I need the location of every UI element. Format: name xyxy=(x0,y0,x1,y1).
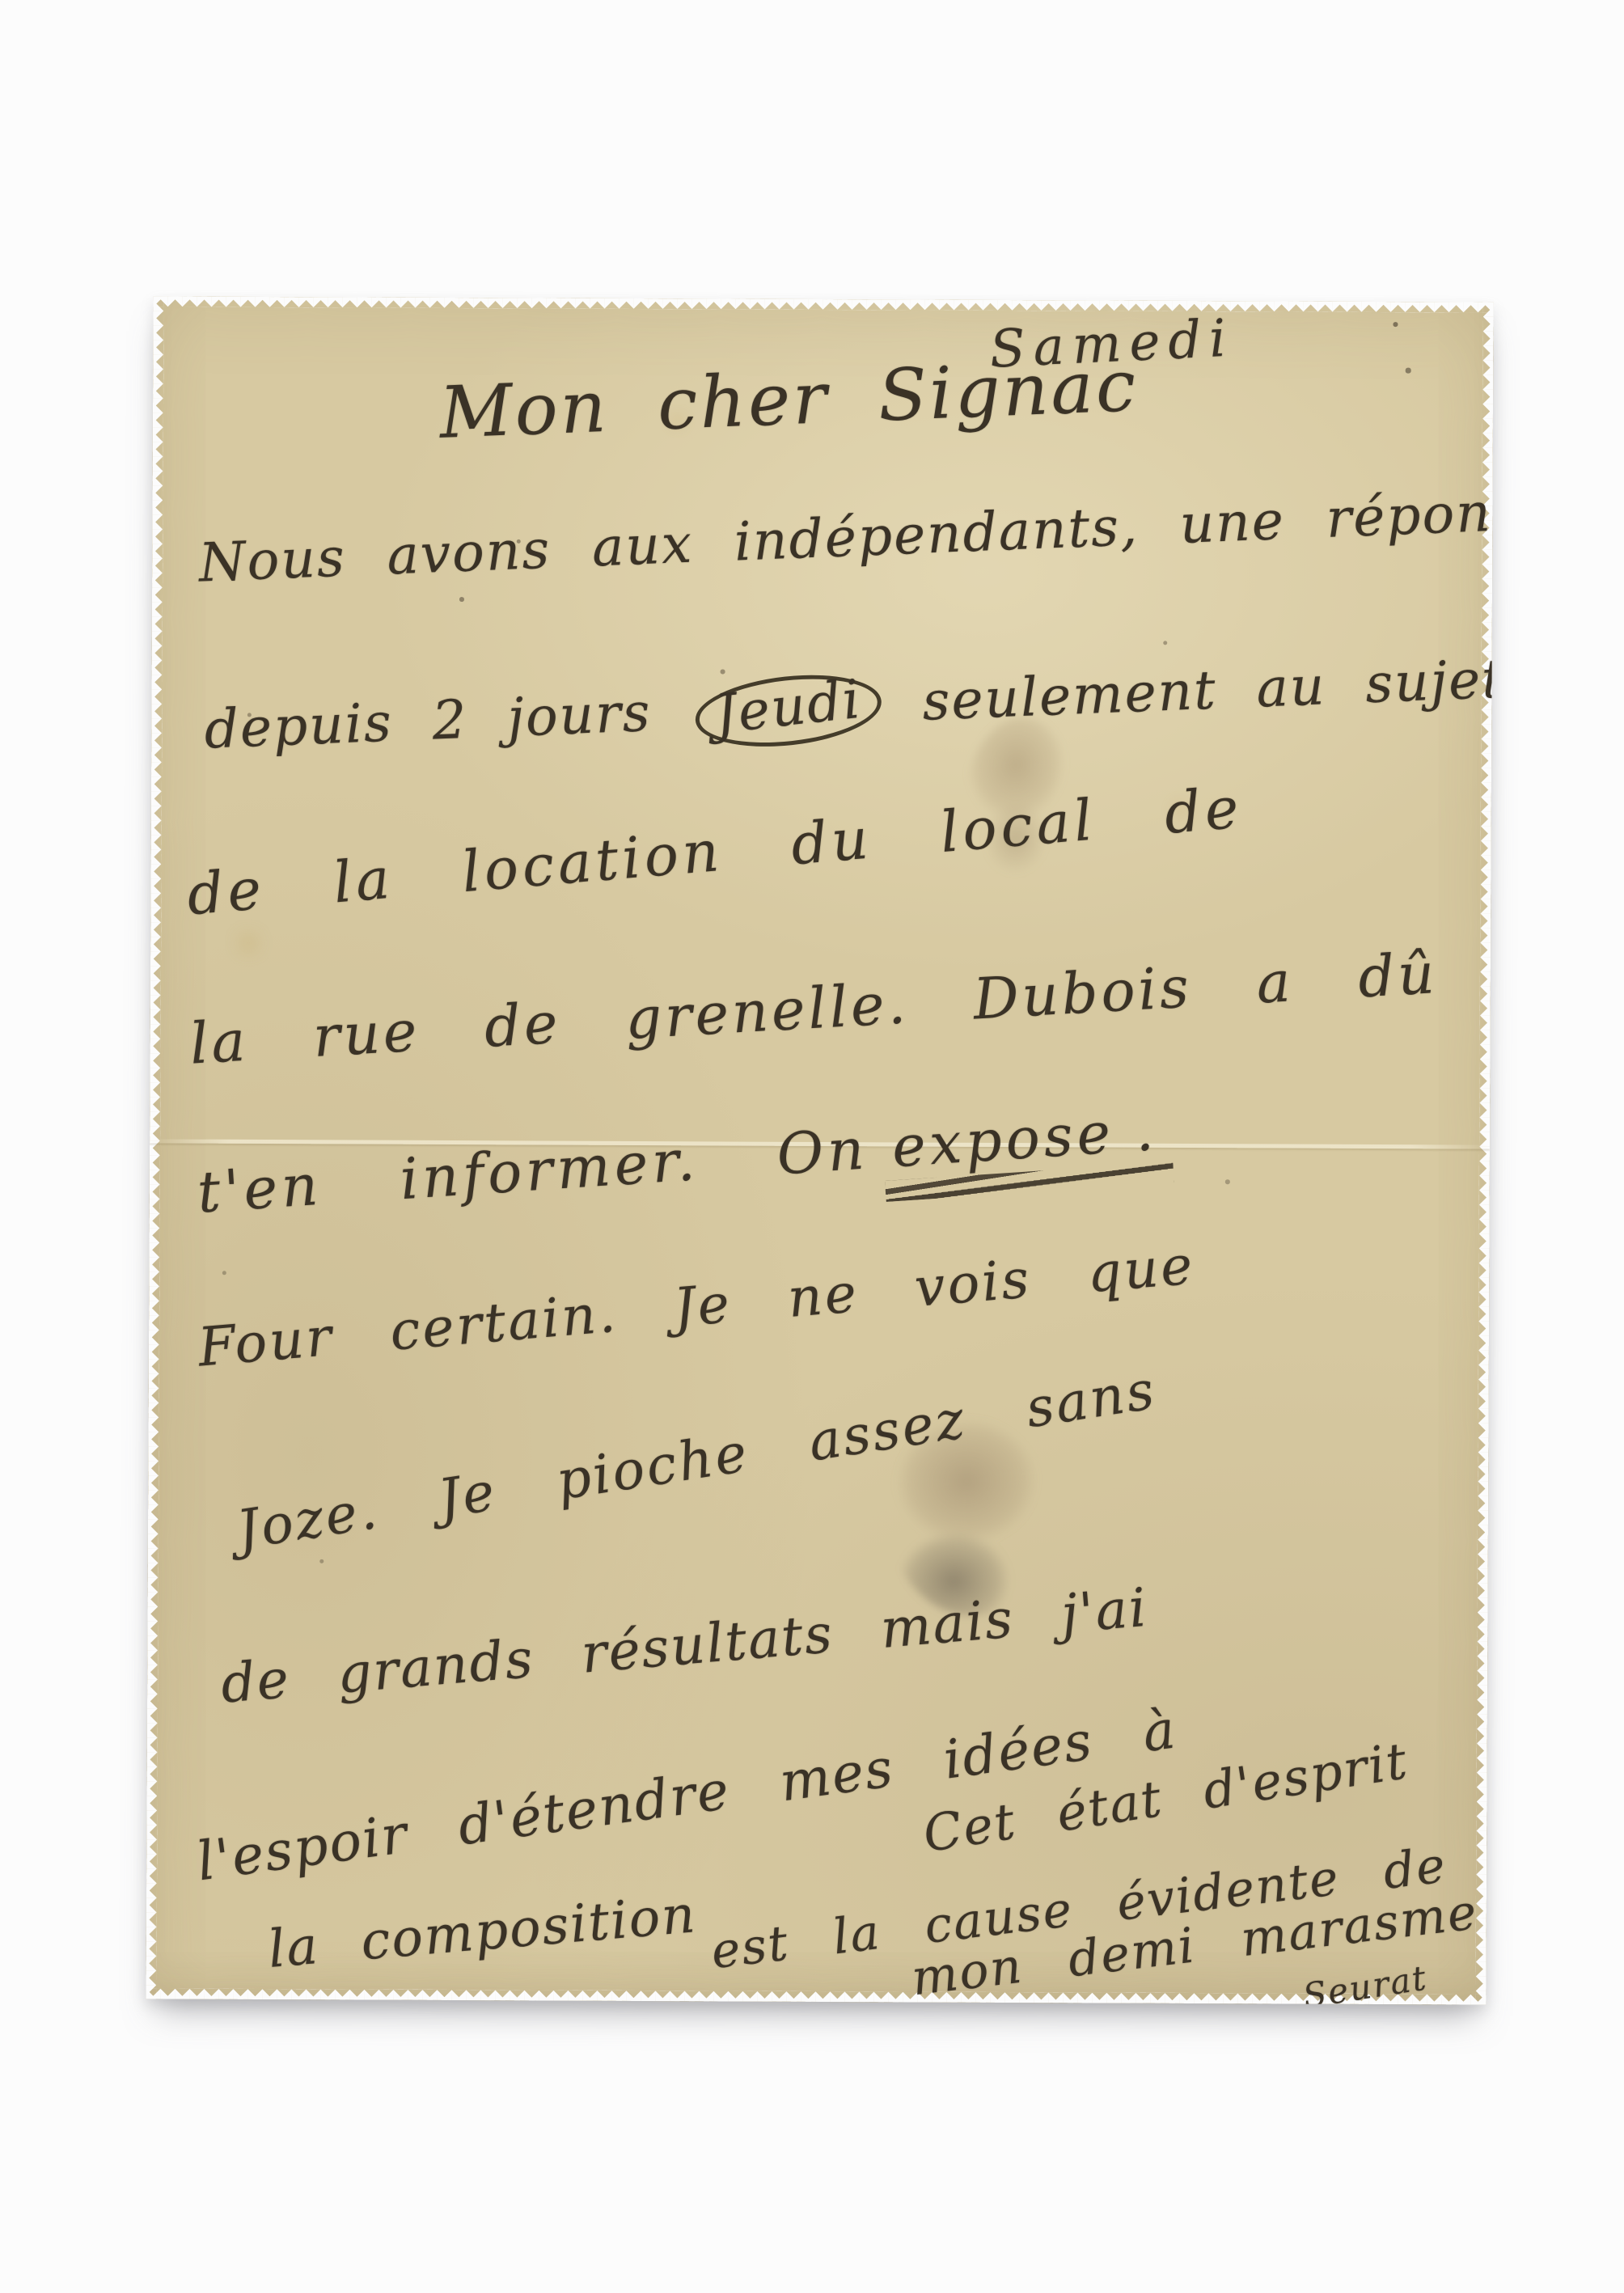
perforated-edge-right xyxy=(1475,302,1493,2005)
body-line-2-post: seulement au sujet xyxy=(921,648,1494,733)
letter-photograph: Samedi Mon cher Signac Nous avons aux in… xyxy=(0,0,1624,2293)
perforated-edge-left xyxy=(146,296,163,1999)
body-line-1: Nous avons aux indépendants, une réponse xyxy=(197,480,1493,594)
body-line-5-post: . xyxy=(1133,1097,1160,1165)
perforated-edge-bottom xyxy=(146,1988,1486,2004)
body-line-5-pre: t'en informer. On xyxy=(196,1115,870,1225)
letter-paper: Samedi Mon cher Signac Nous avons aux in… xyxy=(146,296,1493,2004)
body-line-3: de la location du local de xyxy=(184,775,1245,928)
perforated-edge-top xyxy=(154,296,1494,312)
body-line-10: la composition xyxy=(266,1885,699,1980)
underlined-word-expose: expose xyxy=(890,1100,1116,1179)
circled-word-jeudi: Jeudi xyxy=(692,666,886,755)
foxing-spots xyxy=(154,296,155,298)
body-line-6: Four certain. Je ne vois que xyxy=(196,1234,1197,1378)
body-line-5: t'en informer. Onexpose. xyxy=(196,1098,1160,1225)
body-line-4: la rue de grenelle. Dubois a dû xyxy=(188,941,1440,1077)
body-line-2-pre: depuis 2 jours xyxy=(203,681,653,761)
body-line-2: depuis 2 joursJeudiseulement au sujet xyxy=(203,649,1493,768)
body-line-8: de grands résultats mais j'ai xyxy=(218,1577,1150,1716)
signature: Seurat xyxy=(1300,1958,1430,2004)
salutation: Mon cher Signac xyxy=(438,345,1140,454)
